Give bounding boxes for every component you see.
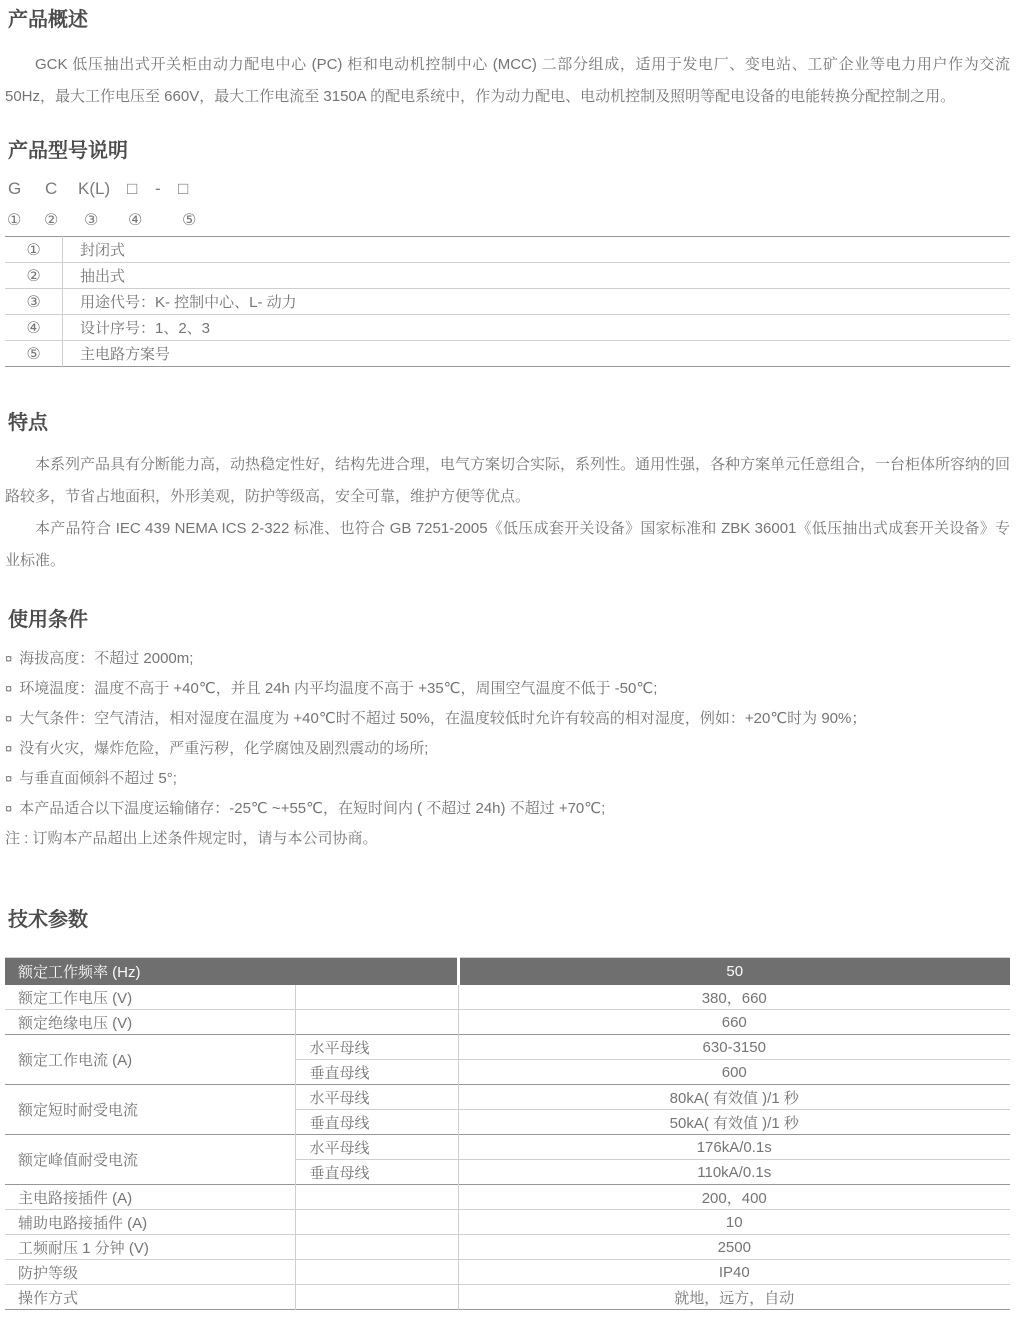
model-code-diagram: G C K(L) □ - □ ① ② ③ ④ ⑤ bbox=[5, 175, 1010, 235]
list-item: ¤本产品适合以下温度运输储存：-25℃ ~+55℃，在短时间内 ( 不超过 24… bbox=[5, 794, 1010, 824]
spec-value-cell: 80kA( 有效值 )/1 秒 bbox=[458, 1085, 1010, 1110]
model-code-line: G C K(L) □ - □ bbox=[5, 175, 1010, 205]
model-code-part: C bbox=[45, 179, 57, 199]
legend-num-cell: ④ bbox=[5, 315, 63, 341]
marker-circle-5: ⑤ bbox=[182, 210, 196, 230]
spec-value-cell: 176kA/0.1s bbox=[458, 1135, 1010, 1160]
spec-sub-cell: 水平母线 bbox=[295, 1135, 458, 1160]
table-row: 辅助电路接插件 (A) 10 bbox=[5, 1210, 1010, 1235]
spec-value-cell: 就地，远方，自动 bbox=[458, 1285, 1010, 1310]
specs-table: 额定工作频率 (Hz) 50 额定工作电压 (V) 380，660 额定绝缘电压… bbox=[5, 957, 1010, 1310]
table-row: 防护等级 IP40 bbox=[5, 1260, 1010, 1285]
legend-num-cell: ③ bbox=[5, 289, 63, 315]
spec-sub-cell: 垂直母线 bbox=[295, 1160, 458, 1185]
spec-sub-cell bbox=[295, 1185, 458, 1210]
marker-circle-3: ③ bbox=[84, 210, 98, 230]
spec-label-cell: 额定工作电流 (A) bbox=[5, 1035, 295, 1085]
spec-sub-cell: 垂直母线 bbox=[295, 1110, 458, 1135]
spec-label-cell: 额定绝缘电压 (V) bbox=[5, 1010, 295, 1035]
features-paragraph: 本产品符合 IEC 439 NEMA ICS 2-322 标准、也符合 GB 7… bbox=[5, 513, 1010, 577]
condition-text: 本产品适合以下温度运输储存：-25℃ ~+55℃，在短时间内 ( 不超过 24h… bbox=[19, 800, 605, 817]
spec-value-cell: 380，660 bbox=[458, 985, 1010, 1010]
spec-value-cell: 2500 bbox=[458, 1235, 1010, 1260]
list-item: ¤海拔高度：不超过 2000m; bbox=[5, 644, 1010, 674]
marker-circle-1: ① bbox=[7, 210, 21, 230]
marker-circle-2: ② bbox=[44, 210, 58, 230]
table-row: 操作方式 就地，远方，自动 bbox=[5, 1285, 1010, 1310]
spec-header-label: 额定工作频率 (Hz) bbox=[5, 958, 458, 986]
table-row: ④ 设计序号：1、2、3 bbox=[5, 315, 1010, 341]
specs-section-title: 技术参数 bbox=[8, 908, 1010, 932]
table-row: 额定工作电流 (A) 水平母线 630-3150 bbox=[5, 1035, 1010, 1060]
spec-value-cell: 110kA/0.1s bbox=[458, 1160, 1010, 1185]
model-code-box: □ bbox=[127, 179, 137, 199]
spec-label-cell: 工频耐压 1 分钟 (V) bbox=[5, 1235, 295, 1260]
condition-text: 环境温度：温度不高于 +40℃，并且 24h 内平均温度不高于 +35℃，周围空… bbox=[19, 680, 657, 697]
table-row: 工频耐压 1 分钟 (V) 2500 bbox=[5, 1235, 1010, 1260]
list-item: ¤与垂直面倾斜不超过 5°; bbox=[5, 764, 1010, 794]
legend-num-cell: ① bbox=[5, 237, 63, 263]
spec-label-cell: 操作方式 bbox=[5, 1285, 295, 1310]
spec-label-cell: 额定工作电压 (V) bbox=[5, 985, 295, 1010]
legend-desc-cell: 封闭式 bbox=[63, 237, 1011, 263]
condition-text: 海拔高度：不超过 2000m; bbox=[19, 650, 193, 667]
model-section-title: 产品型号说明 bbox=[8, 139, 1010, 163]
legend-desc-cell: 设计序号：1、2、3 bbox=[63, 315, 1011, 341]
table-row: 额定绝缘电压 (V) 660 bbox=[5, 1010, 1010, 1035]
table-row: ① 封闭式 bbox=[5, 237, 1010, 263]
model-code-dash: - bbox=[155, 179, 161, 199]
bullet-icon: ¤ bbox=[5, 651, 12, 666]
spec-value-cell: 50kA( 有效值 )/1 秒 bbox=[458, 1110, 1010, 1135]
legend-desc-cell: 主电路方案号 bbox=[63, 341, 1011, 367]
spec-label-cell: 防护等级 bbox=[5, 1260, 295, 1285]
spec-sub-cell bbox=[295, 1260, 458, 1285]
model-code-part: K(L) bbox=[78, 179, 110, 199]
bullet-icon: ¤ bbox=[5, 741, 12, 756]
spec-header-value: 50 bbox=[458, 958, 1010, 986]
spec-value-cell: 600 bbox=[458, 1060, 1010, 1085]
conditions-section-title: 使用条件 bbox=[8, 608, 1010, 632]
spec-sub-cell: 垂直母线 bbox=[295, 1060, 458, 1085]
bullet-icon: ¤ bbox=[5, 771, 12, 786]
condition-text: 大气条件：空气清洁，相对湿度在温度为 +40℃时不超过 50%，在温度较低时允许… bbox=[19, 710, 866, 727]
list-item: ¤没有火灾，爆炸危险，严重污秽，化学腐蚀及剧烈震动的场所; bbox=[5, 734, 1010, 764]
table-row: 额定短时耐受电流 水平母线 80kA( 有效值 )/1 秒 bbox=[5, 1085, 1010, 1110]
spec-value-cell: 630-3150 bbox=[458, 1035, 1010, 1060]
spec-label-cell: 额定短时耐受电流 bbox=[5, 1085, 295, 1135]
model-code-box: □ bbox=[178, 179, 188, 199]
spec-label-cell: 主电路接插件 (A) bbox=[5, 1185, 295, 1210]
legend-num-cell: ⑤ bbox=[5, 341, 63, 367]
table-row: ③ 用途代号：K- 控制中心、L- 动力 bbox=[5, 289, 1010, 315]
condition-text: 与垂直面倾斜不超过 5°; bbox=[19, 770, 177, 787]
spec-label-cell: 额定峰值耐受电流 bbox=[5, 1135, 295, 1185]
spec-value-cell: IP40 bbox=[458, 1260, 1010, 1285]
spec-sub-cell bbox=[295, 1285, 458, 1310]
features-section-title: 特点 bbox=[8, 411, 1010, 435]
model-code-part: G bbox=[8, 179, 21, 199]
conditions-list: ¤海拔高度：不超过 2000m; ¤环境温度：温度不高于 +40℃，并且 24h… bbox=[5, 644, 1010, 854]
table-row: 主电路接插件 (A) 200，400 bbox=[5, 1185, 1010, 1210]
table-row: ⑤ 主电路方案号 bbox=[5, 341, 1010, 367]
bullet-icon: ¤ bbox=[5, 801, 12, 816]
legend-desc-cell: 用途代号：K- 控制中心、L- 动力 bbox=[63, 289, 1011, 315]
overview-section-title: 产品概述 bbox=[8, 8, 1010, 32]
legend-num-cell: ② bbox=[5, 263, 63, 289]
legend-desc-cell: 抽出式 bbox=[63, 263, 1011, 289]
spec-sub-cell bbox=[295, 985, 458, 1010]
spec-label-cell: 辅助电路接插件 (A) bbox=[5, 1210, 295, 1235]
list-item: ¤环境温度：温度不高于 +40℃，并且 24h 内平均温度不高于 +35℃，周围… bbox=[5, 674, 1010, 704]
spec-sub-cell: 水平母线 bbox=[295, 1085, 458, 1110]
product-doc-page: 产品概述 GCK 低压抽出式开关柜由动力配电中心 (PC) 柜和电动机控制中心 … bbox=[5, 8, 1010, 1310]
condition-text: 没有火灾，爆炸危险，严重污秽，化学腐蚀及剧烈震动的场所; bbox=[19, 740, 428, 757]
spec-sub-cell bbox=[295, 1010, 458, 1035]
spec-sub-cell bbox=[295, 1235, 458, 1260]
spec-header-row: 额定工作频率 (Hz) 50 bbox=[5, 958, 1010, 986]
model-marker-line: ① ② ③ ④ ⑤ bbox=[5, 205, 1010, 235]
features-paragraph: 本系列产品具有分断能力高，动热稳定性好，结构先进合理，电气方案切合实际，系列性。… bbox=[5, 449, 1010, 513]
marker-circle-4: ④ bbox=[128, 210, 142, 230]
bullet-icon: ¤ bbox=[5, 711, 12, 726]
spec-value-cell: 660 bbox=[458, 1010, 1010, 1035]
table-row: 额定峰值耐受电流 水平母线 176kA/0.1s bbox=[5, 1135, 1010, 1160]
spec-value-cell: 10 bbox=[458, 1210, 1010, 1235]
spec-value-cell: 200，400 bbox=[458, 1185, 1010, 1210]
table-row: 额定工作电压 (V) 380，660 bbox=[5, 985, 1010, 1010]
table-row: ② 抽出式 bbox=[5, 263, 1010, 289]
list-item: ¤大气条件：空气清洁，相对湿度在温度为 +40℃时不超过 50%，在温度较低时允… bbox=[5, 704, 1010, 734]
spec-sub-cell bbox=[295, 1210, 458, 1235]
bullet-icon: ¤ bbox=[5, 681, 12, 696]
overview-paragraph: GCK 低压抽出式开关柜由动力配电中心 (PC) 柜和电动机控制中心 (MCC)… bbox=[5, 49, 1010, 113]
model-legend-table: ① 封闭式 ② 抽出式 ③ 用途代号：K- 控制中心、L- 动力 ④ 设计序号：… bbox=[5, 236, 1010, 367]
conditions-note: 注 : 订购本产品超出上述条件规定时，请与本公司协商。 bbox=[5, 824, 1010, 854]
spec-sub-cell: 水平母线 bbox=[295, 1035, 458, 1060]
